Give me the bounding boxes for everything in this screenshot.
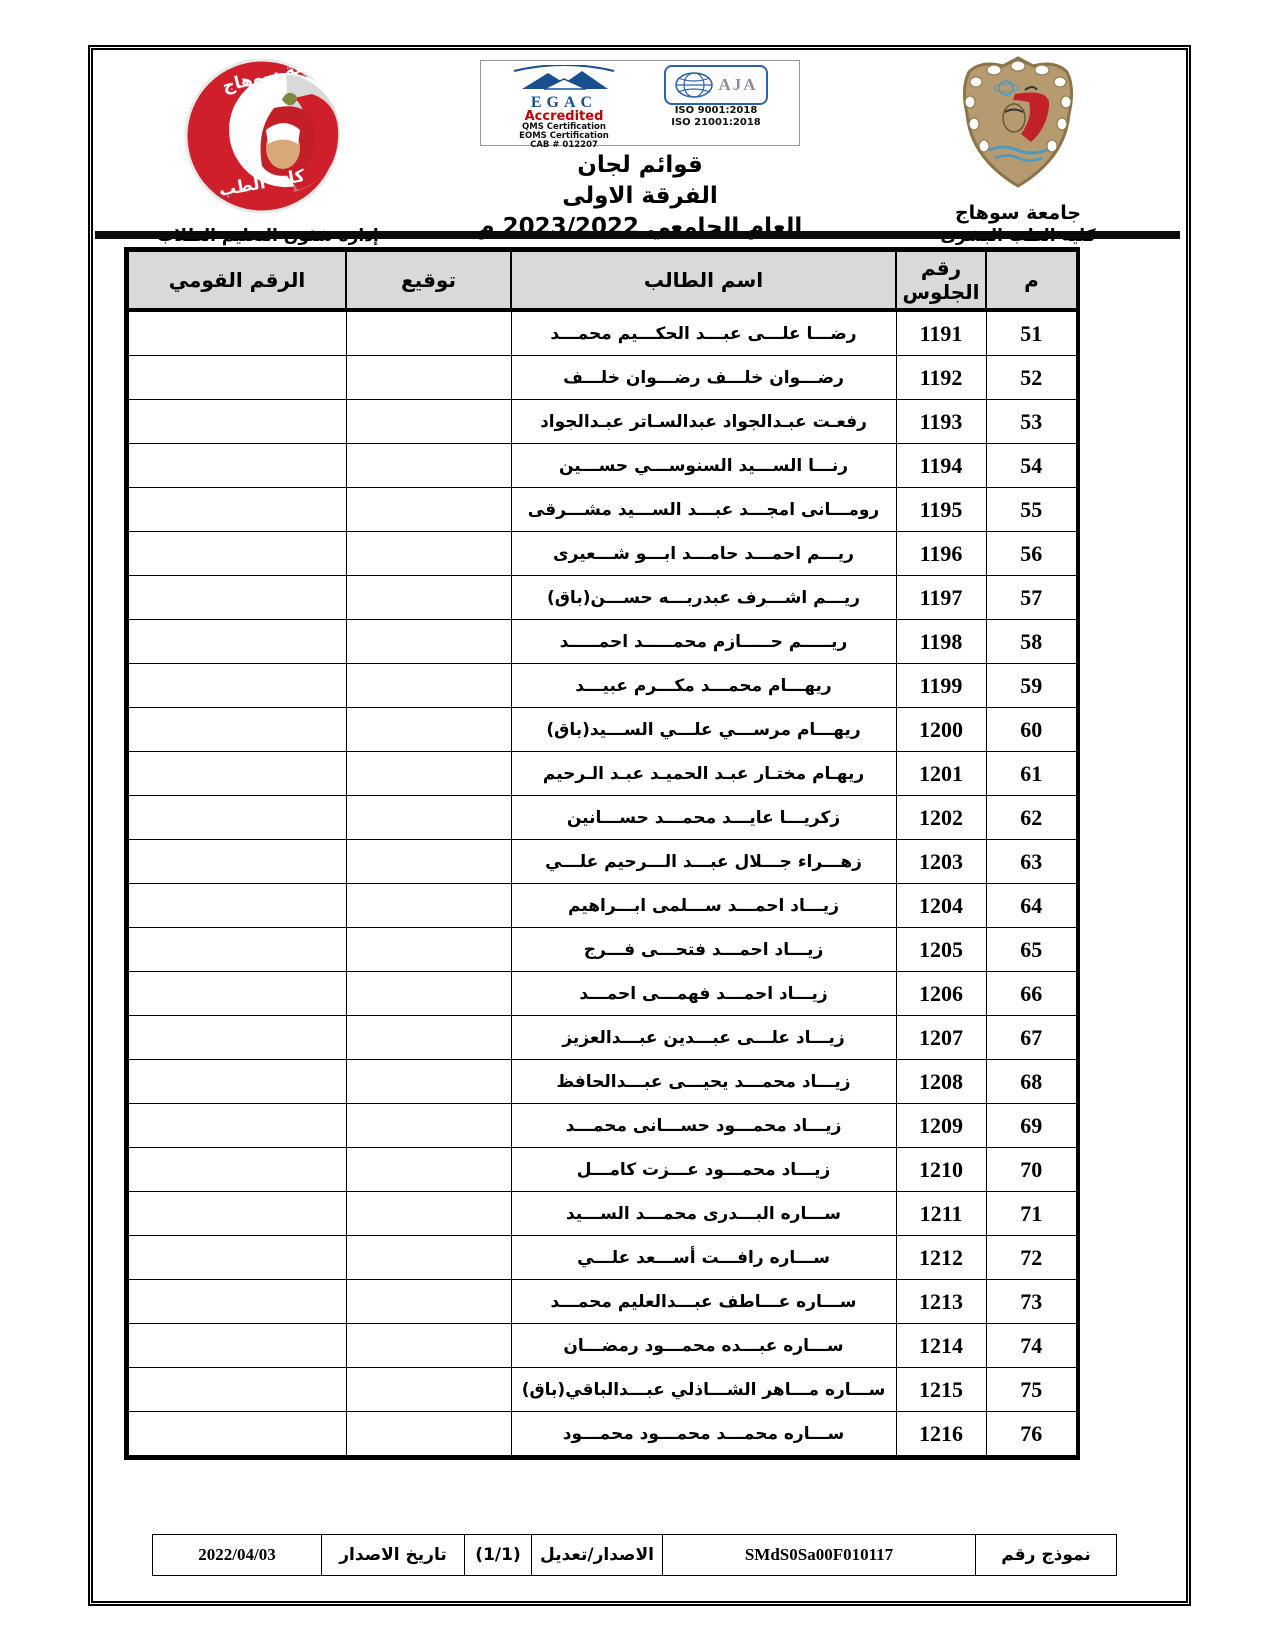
student-seat-cell: 1194 <box>896 444 986 488</box>
student-seat-cell: 1195 <box>896 488 986 532</box>
student-row: 53 1193 رفعـت عبـدالجواد عبدالسـاتر عبـد… <box>127 400 1078 444</box>
student-index-cell: 59 <box>986 664 1078 708</box>
student-index-cell: 61 <box>986 752 1078 796</box>
student-seat-cell: 1191 <box>896 310 986 356</box>
col-header-signature: توقيع <box>346 250 511 310</box>
student-signature-cell <box>346 708 511 752</box>
student-seat-cell: 1192 <box>896 356 986 400</box>
student-signature-cell <box>346 1016 511 1060</box>
footer-block: نموذج رقم SMdS0Sa00F010117 الاصدار/تعديل… <box>152 1534 1117 1576</box>
student-name-cell: رومـــانى امجـــد عبـــد الســـيد مشـــر… <box>511 488 896 532</box>
student-signature-cell <box>346 444 511 488</box>
student-row: 60 1200 ريهـــام مرســـي علـــي الســـيد… <box>127 708 1078 752</box>
student-row: 76 1216 ســـاره محمـــد محمـــود محمـــو… <box>127 1412 1078 1458</box>
student-row: 68 1208 زيـــاد محمـــد يحيـــى عبـــدال… <box>127 1060 1078 1104</box>
student-index-cell: 51 <box>986 310 1078 356</box>
header-center-block: EGAC Accredited QMS Certification EOMS C… <box>428 60 852 243</box>
student-name-cell: زيـــاد علـــى عبـــدين عبـــدالعزيز <box>511 1016 896 1060</box>
student-seat-cell: 1207 <box>896 1016 986 1060</box>
student-name-cell: ريهـام مختـار عبـد الحميـد عبـد الـرحيم <box>511 752 896 796</box>
student-index-cell: 70 <box>986 1148 1078 1192</box>
egac-logo: EGAC Accredited QMS Certification EOMS C… <box>489 65 639 150</box>
student-national-id-cell <box>127 1236 346 1280</box>
aja-iso-line2: ISO 21001:2018 <box>641 117 791 129</box>
student-seat-cell: 1198 <box>896 620 986 664</box>
student-national-id-cell <box>127 972 346 1016</box>
student-row: 73 1213 ســـاره عـــاطف عبـــدالعليم محم… <box>127 1280 1078 1324</box>
student-index-cell: 56 <box>986 532 1078 576</box>
student-index-cell: 65 <box>986 928 1078 972</box>
student-row: 63 1203 زهـــراء جـــلال عبـــد الـــرحي… <box>127 840 1078 884</box>
student-name-cell: ســـاره البـــدرى محمـــد الســـيد <box>511 1192 896 1236</box>
student-signature-cell <box>346 1104 511 1148</box>
student-name-cell: ســـاره عـــاطف عبـــدالعليم محمـــد <box>511 1280 896 1324</box>
student-name-cell: رضـــا علـــى عبـــد الحكـــيم محمـــد <box>511 310 896 356</box>
student-national-id-cell <box>127 1280 346 1324</box>
student-name-cell: زيـــاد محمـــود حســـانى محمـــد <box>511 1104 896 1148</box>
student-row: 61 1201 ريهـام مختـار عبـد الحميـد عبـد … <box>127 752 1078 796</box>
student-seat-cell: 1200 <box>896 708 986 752</box>
footer-form-label: نموذج رقم <box>976 1535 1117 1576</box>
student-seat-cell: 1215 <box>896 1368 986 1412</box>
students-table: م رقم الجلوس اسم الطالب توقيع الرقم القو… <box>125 248 1080 1459</box>
col-header-index: م <box>986 250 1078 310</box>
student-seat-cell: 1214 <box>896 1324 986 1368</box>
student-name-cell: ريهـــام مرســـي علـــي الســـيد(باق) <box>511 708 896 752</box>
student-signature-cell <box>346 752 511 796</box>
student-national-id-cell <box>127 356 346 400</box>
egac-cert-line3: CAB # 012207 <box>489 141 639 150</box>
student-row: 74 1214 ســـاره عبـــده محمـــود رمضـــا… <box>127 1324 1078 1368</box>
student-row: 54 1194 رنـــا الســـيد السنوســـي حســـ… <box>127 444 1078 488</box>
student-row: 66 1206 زيـــاد احمـــد فهمـــى احمـــد <box>127 972 1078 1016</box>
student-index-cell: 57 <box>986 576 1078 620</box>
student-national-id-cell <box>127 928 346 972</box>
student-signature-cell <box>346 576 511 620</box>
student-seat-cell: 1201 <box>896 752 986 796</box>
student-row: 65 1205 زيـــاد احمـــد فتحـــى فـــرج <box>127 928 1078 972</box>
student-national-id-cell <box>127 1324 346 1368</box>
aja-iso-line1: ISO 9001:2018 <box>641 105 791 117</box>
col-header-national-id: الرقم القومي <box>127 250 346 310</box>
student-name-cell: زيـــاد احمـــد ســـلمى ابـــراهيم <box>511 884 896 928</box>
student-signature-cell <box>346 664 511 708</box>
student-seat-cell: 1208 <box>896 1060 986 1104</box>
student-name-cell: زيـــاد احمـــد فهمـــى احمـــد <box>511 972 896 1016</box>
student-national-id-cell <box>127 796 346 840</box>
student-index-cell: 58 <box>986 620 1078 664</box>
student-name-cell: رضـــوان خلـــف رضـــوان خلـــف <box>511 356 896 400</box>
student-name-cell: ريـــم احمـــد حامـــد ابـــو شـــعيرى <box>511 532 896 576</box>
student-signature-cell <box>346 488 511 532</box>
student-row: 75 1215 ســـاره مـــاهر الشـــاذلي عبـــ… <box>127 1368 1078 1412</box>
student-signature-cell <box>346 1368 511 1412</box>
header-right-block: جامعة سوهاج كلية الطب البشرى <box>898 54 1138 246</box>
student-name-cell: زيـــاد محمـــود عـــزت كامـــل <box>511 1148 896 1192</box>
student-index-cell: 69 <box>986 1104 1078 1148</box>
student-index-cell: 63 <box>986 840 1078 884</box>
student-seat-cell: 1203 <box>896 840 986 884</box>
col-header-seat-number: رقم الجلوس <box>896 250 986 310</box>
student-signature-cell <box>346 840 511 884</box>
student-index-cell: 76 <box>986 1412 1078 1458</box>
student-signature-cell <box>346 310 511 356</box>
student-name-cell: ســـاره رافـــت أســـعد علـــي <box>511 1236 896 1280</box>
student-index-cell: 62 <box>986 796 1078 840</box>
student-name-cell: ريـــــم حـــــازم محمـــــد احمـــــد <box>511 620 896 664</box>
document-page: جامعة سوهاج كلية الطب إدارة شئون التعليم… <box>0 0 1275 1650</box>
student-seat-cell: 1193 <box>896 400 986 444</box>
student-name-cell: ريـــم اشـــرف عبدربـــه حســـن(باق) <box>511 576 896 620</box>
student-seat-cell: 1213 <box>896 1280 986 1324</box>
student-signature-cell <box>346 1280 511 1324</box>
student-national-id-cell <box>127 532 346 576</box>
header-divider-rule <box>95 231 1180 239</box>
student-signature-cell <box>346 928 511 972</box>
student-national-id-cell <box>127 488 346 532</box>
student-seat-cell: 1216 <box>896 1412 986 1458</box>
student-seat-cell: 1212 <box>896 1236 986 1280</box>
egac-mountains-icon <box>504 65 624 91</box>
student-seat-cell: 1197 <box>896 576 986 620</box>
student-index-cell: 68 <box>986 1060 1078 1104</box>
student-national-id-cell <box>127 400 346 444</box>
student-national-id-cell <box>127 1192 346 1236</box>
student-index-cell: 72 <box>986 1236 1078 1280</box>
student-row: 55 1195 رومـــانى امجـــد عبـــد الســـي… <box>127 488 1078 532</box>
student-seat-cell: 1202 <box>896 796 986 840</box>
aja-frame: AJA <box>664 65 767 105</box>
footer-date-label: تاريخ الاصدار <box>322 1535 465 1576</box>
student-signature-cell <box>346 620 511 664</box>
student-national-id-cell <box>127 444 346 488</box>
student-national-id-cell <box>127 620 346 664</box>
student-national-id-cell <box>127 1148 346 1192</box>
student-row: 57 1197 ريـــم اشـــرف عبدربـــه حســـن(… <box>127 576 1078 620</box>
student-signature-cell <box>346 1412 511 1458</box>
student-name-cell: زكريـــا عايـــد محمـــد حســـانين <box>511 796 896 840</box>
student-index-cell: 67 <box>986 1016 1078 1060</box>
student-national-id-cell <box>127 840 346 884</box>
student-signature-cell <box>346 1148 511 1192</box>
student-signature-cell <box>346 1324 511 1368</box>
student-index-cell: 53 <box>986 400 1078 444</box>
student-name-cell: رنـــا الســـيد السنوســـي حســـين <box>511 444 896 488</box>
student-index-cell: 54 <box>986 444 1078 488</box>
student-name-cell: زيـــاد محمـــد يحيـــى عبـــدالحافظ <box>511 1060 896 1104</box>
students-table-wrapper: م رقم الجلوس اسم الطالب توقيع الرقم القو… <box>124 247 1080 1460</box>
student-row: 71 1211 ســـاره البـــدرى محمـــد الســـ… <box>127 1192 1078 1236</box>
student-index-cell: 52 <box>986 356 1078 400</box>
student-seat-cell: 1204 <box>896 884 986 928</box>
student-index-cell: 55 <box>986 488 1078 532</box>
student-signature-cell <box>346 972 511 1016</box>
student-name-cell: ســـاره مـــاهر الشـــاذلي عبـــدالباقي(… <box>511 1368 896 1412</box>
footer-form-code: SMdS0Sa00F010117 <box>663 1535 976 1576</box>
student-seat-cell: 1199 <box>896 664 986 708</box>
footer-issue-value: (1/1) <box>465 1535 532 1576</box>
student-row: 69 1209 زيـــاد محمـــود حســـانى محمـــ… <box>127 1104 1078 1148</box>
student-signature-cell <box>346 400 511 444</box>
student-name-cell: ســـاره محمـــد محمـــود محمـــود <box>511 1412 896 1458</box>
student-national-id-cell <box>127 576 346 620</box>
student-name-cell: زهـــراء جـــلال عبـــد الـــرحيم علـــي <box>511 840 896 884</box>
student-index-cell: 60 <box>986 708 1078 752</box>
student-index-cell: 71 <box>986 1192 1078 1236</box>
aja-logo: AJA ISO 9001:2018 ISO 21001:2018 <box>641 65 791 129</box>
student-index-cell: 66 <box>986 972 1078 1016</box>
student-row: 51 1191 رضـــا علـــى عبـــد الحكـــيم م… <box>127 310 1078 356</box>
student-row: 59 1199 ريهـــام محمـــد مكـــرم عبيـــد <box>127 664 1078 708</box>
student-national-id-cell <box>127 310 346 356</box>
student-signature-cell <box>346 1236 511 1280</box>
student-seat-cell: 1196 <box>896 532 986 576</box>
student-national-id-cell <box>127 1412 346 1458</box>
student-national-id-cell <box>127 1060 346 1104</box>
student-row: 72 1212 ســـاره رافـــت أســـعد علـــي <box>127 1236 1078 1280</box>
student-signature-cell <box>346 356 511 400</box>
student-national-id-cell <box>127 1104 346 1148</box>
student-signature-cell <box>346 1192 511 1236</box>
student-signature-cell <box>346 532 511 576</box>
university-name: جامعة سوهاج <box>898 202 1138 226</box>
student-name-cell: ريهـــام محمـــد مكـــرم عبيـــد <box>511 664 896 708</box>
student-name-cell: زيـــاد احمـــد فتحـــى فـــرج <box>511 928 896 972</box>
student-index-cell: 64 <box>986 884 1078 928</box>
student-national-id-cell <box>127 708 346 752</box>
student-signature-cell <box>346 1060 511 1104</box>
col-header-student-name: اسم الطالب <box>511 250 896 310</box>
footer-date-value: 2022/04/03 <box>153 1535 322 1576</box>
student-signature-cell <box>346 884 511 928</box>
student-row: 56 1196 ريـــم احمـــد حامـــد ابـــو شـ… <box>127 532 1078 576</box>
student-seat-cell: 1211 <box>896 1192 986 1236</box>
student-seat-cell: 1205 <box>896 928 986 972</box>
student-index-cell: 75 <box>986 1368 1078 1412</box>
student-index-cell: 74 <box>986 1324 1078 1368</box>
student-national-id-cell <box>127 664 346 708</box>
student-row: 58 1198 ريـــــم حـــــازم محمـــــد احم… <box>127 620 1078 664</box>
student-seat-cell: 1206 <box>896 972 986 1016</box>
title-committee-lists: قوائم لجان <box>428 150 852 181</box>
faculty-crescent-logo-icon: جامعة سوهاج كلية الطب <box>162 56 374 218</box>
student-index-cell: 73 <box>986 1280 1078 1324</box>
student-seat-cell: 1210 <box>896 1148 986 1192</box>
student-row: 62 1202 زكريـــا عايـــد محمـــد حســـان… <box>127 796 1078 840</box>
student-name-cell: رفعـت عبـدالجواد عبدالسـاتر عبـدالجواد <box>511 400 896 444</box>
student-name-cell: ســـاره عبـــده محمـــود رمضـــان <box>511 1324 896 1368</box>
header-left-block: جامعة سوهاج كلية الطب إدارة شئون التعليم… <box>148 56 388 246</box>
student-national-id-cell <box>127 1368 346 1412</box>
document-titles: قوائم لجان الفرقة الاولى العام الجامعي 2… <box>428 150 852 243</box>
aja-name: AJA <box>718 75 757 95</box>
student-row: 67 1207 زيـــاد علـــى عبـــدين عبـــدال… <box>127 1016 1078 1060</box>
footer-table: نموذج رقم SMdS0Sa00F010117 الاصدار/تعديل… <box>152 1534 1117 1576</box>
student-seat-cell: 1209 <box>896 1104 986 1148</box>
student-national-id-cell <box>127 884 346 928</box>
egac-accredited-label: Accredited <box>489 110 639 124</box>
title-first-year: الفرقة الاولى <box>428 181 852 212</box>
student-row: 70 1210 زيـــاد محمـــود عـــزت كامـــل <box>127 1148 1078 1192</box>
student-national-id-cell <box>127 1016 346 1060</box>
aja-globe-icon <box>674 71 714 99</box>
student-national-id-cell <box>127 752 346 796</box>
student-row: 52 1192 رضـــوان خلـــف رضـــوان خلـــف <box>127 356 1078 400</box>
student-signature-cell <box>346 796 511 840</box>
students-table-header: م رقم الجلوس اسم الطالب توقيع الرقم القو… <box>127 250 1078 310</box>
students-table-body: 51 1191 رضـــا علـــى عبـــد الحكـــيم م… <box>127 310 1078 1457</box>
certification-box: EGAC Accredited QMS Certification EOMS C… <box>480 60 800 146</box>
university-shield-logo-icon <box>959 54 1077 192</box>
student-row: 64 1204 زيـــاد احمـــد ســـلمى ابـــراه… <box>127 884 1078 928</box>
footer-issue-label: الاصدار/تعديل <box>532 1535 663 1576</box>
